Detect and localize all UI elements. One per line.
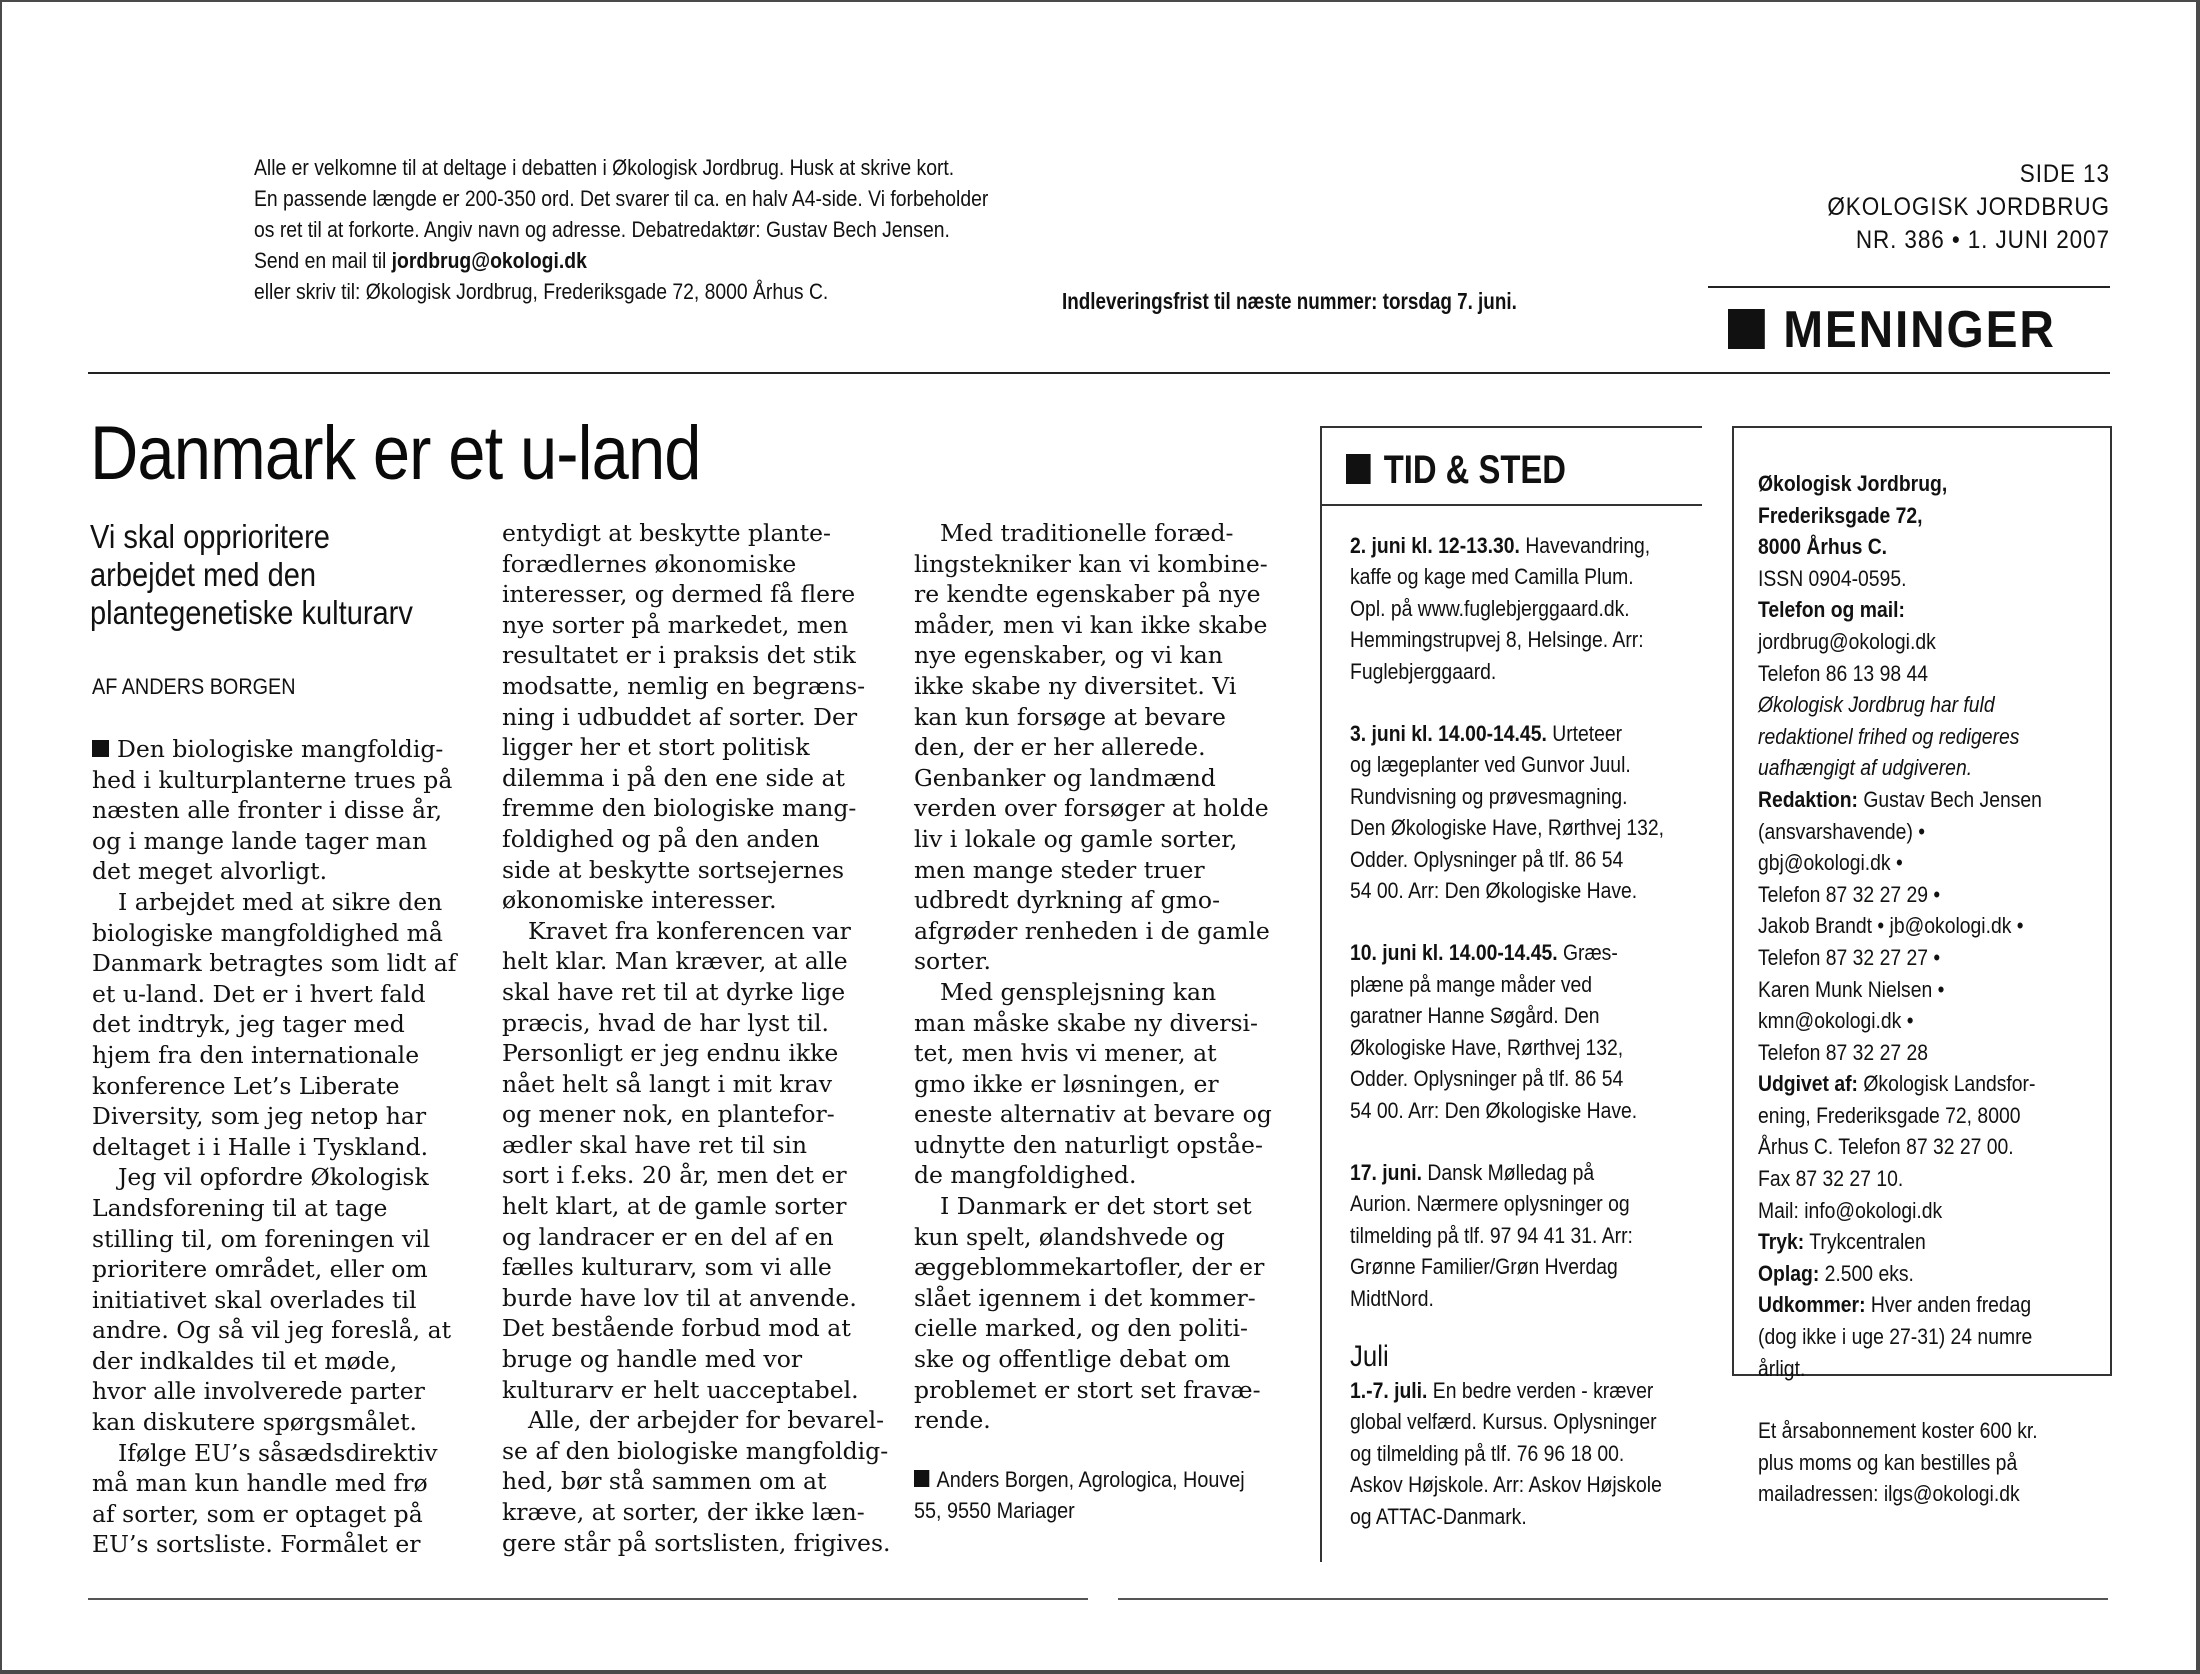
masthead: SIDE 13 ØKOLOGISK JORDBRUG NR. 386 • 1. … (1827, 158, 2110, 257)
event-line: Hemmingstrupvej 8, Helsinge. Arr: (1350, 624, 1664, 655)
editorial-line: Telefon 87 32 27 29 • (1758, 879, 2042, 911)
article-line: måder, men vi kan ikke skabe (914, 610, 1272, 641)
article-line: det indtryk, jeg tager med (92, 1009, 456, 1040)
article-line: interesser, og dermed få flere (502, 579, 890, 610)
publication-name: ØKOLOGISK JORDBRUG (1827, 191, 2110, 224)
article-line: foldighed og på den anden (502, 824, 890, 855)
article-line: EU’s sortsliste. Formålet er (92, 1529, 456, 1560)
subscription-line: plus moms og kan bestilles på (1758, 1447, 2042, 1479)
events-title: TID & STED (1346, 448, 1566, 493)
event-line: MidtNord. (1350, 1283, 1664, 1314)
article-column-1: Den biologiske mangfoldig-hed i kulturpl… (92, 734, 456, 1560)
event-line: 17. juni. Dansk Mølledag på (1350, 1157, 1664, 1188)
article-line: Diversity, som jeg netop har (92, 1101, 456, 1132)
postal-address: eller skriv til: Økologisk Jordbrug, Fre… (254, 276, 988, 307)
event-date: 10. juni kl. 14.00-14.45. (1350, 940, 1558, 965)
subscription-line: mailadressen: ilgs@okologi.dk (1758, 1478, 2042, 1510)
phone: Telefon 86 13 98 44 (1758, 658, 2042, 690)
article-column-2: entydigt at beskytte plante-forædlernes … (502, 518, 890, 1558)
editorial-line: Karen Munk Nielsen • (1758, 974, 2042, 1006)
guideline-line: En passende længde er 200-350 ord. Det s… (254, 183, 988, 214)
article-line: konference Let’s Liberate (92, 1071, 456, 1102)
article-line: ske og offentlige debat om (914, 1344, 1272, 1375)
event-date: 3. juni kl. 14.00-14.45. (1350, 721, 1547, 746)
spacer (1758, 1384, 2042, 1415)
article-line: verden over forsøger at holde (914, 793, 1272, 824)
article-line: det meget alvorligt. (92, 856, 456, 887)
event-line: Opl. på www.fuglebjerggaard.dk. (1350, 593, 1664, 624)
circulation-line: Oplag: 2.500 eks. (1758, 1258, 2042, 1290)
article-line: må man kun handle med frø (92, 1468, 456, 1499)
article-line: sort i f.eks. 20 år, men det er (502, 1160, 890, 1191)
article-line: nået helt så langt i mit krav (502, 1069, 890, 1100)
article-line: Landsforening til at tage (92, 1193, 456, 1224)
independence-note: redaktionel frihed og redigeres (1758, 721, 2042, 753)
article-line: gere står på sortslisten, frigives. (502, 1528, 890, 1559)
article-line: Danmark betragtes som lidt af (92, 948, 456, 979)
article-line: I arbejdet med at sikre den (92, 887, 456, 918)
subhead-line: Vi skal opprioritere (90, 518, 413, 556)
publisher-line: Mail: info@okologi.dk (1758, 1195, 2042, 1227)
author-signature: Anders Borgen, Agrologica, Houvej 55, 95… (914, 1464, 1245, 1526)
article-line: Personligt er jeg endnu ikke (502, 1038, 890, 1069)
article-line: burde have lov til at anvende. (502, 1283, 890, 1314)
article-line: præcis, hvad de har lyst til. (502, 1008, 890, 1039)
article-line: hed i kulturplanterne trues på (92, 765, 456, 796)
article-line: man måske skabe ny diversi- (914, 1008, 1272, 1039)
article-line: økonomiske interesser. (502, 885, 890, 916)
event-line: Odder. Oplysninger på tlf. 86 54 (1350, 844, 1664, 875)
independence-note: Økologisk Jordbrug har fuld (1758, 689, 2042, 721)
article-line: ning i udbuddet af sorter. Der (502, 702, 890, 733)
editorial-line: Jakob Brandt • jb@okologi.dk • (1758, 910, 2042, 942)
article-line: hed, bør stå sammen om at (502, 1466, 890, 1497)
article-line: Jeg vil opfordre Økologisk (92, 1162, 456, 1193)
signature-line: Anders Borgen, Agrologica, Houvej (914, 1464, 1245, 1495)
article-line: æggeblommekartofler, der er (914, 1252, 1272, 1283)
event-line: Grønne Familier/Grøn Hverdag (1350, 1251, 1664, 1282)
event-line: og ATTAC-Danmark. (1350, 1501, 1664, 1532)
article-line: nye egenskaber, og vi kan (914, 640, 1272, 671)
article-line: ligger her et stort politisk (502, 732, 890, 763)
event-line: 2. juni kl. 12-13.30. Havevandring, (1350, 530, 1664, 561)
article-line: et u-land. Det er i hvert fald (92, 979, 456, 1010)
divider (88, 1598, 1088, 1600)
article-line: kulturarv er helt uacceptabel. (502, 1375, 890, 1406)
signature-line: 55, 9550 Mariager (914, 1495, 1245, 1526)
frequency-line: (dog ikke i uge 27-31) 24 numre (1758, 1321, 2042, 1353)
article-line: liv i lokale og gamle sorter, (914, 824, 1272, 855)
article-line: kan diskutere spørgsmålet. (92, 1407, 456, 1438)
event-line: 1.-7. juli. En bedre verden - kræver (1350, 1375, 1664, 1406)
article-column-3: Med traditionelle foræd-lingstekniker ka… (914, 518, 1272, 1436)
article-line: forædlernes økonomiske (502, 549, 890, 580)
article-line: problemet er stort set fravæ- (914, 1375, 1272, 1406)
article-line: de mangfoldighed. (914, 1160, 1272, 1191)
publisher-line: ening, Frederiksgade 72, 8000 (1758, 1100, 2042, 1132)
article-line: ikke skabe ny diversitet. Vi (914, 671, 1272, 702)
article-line: gmo ikke er løsningen, er (914, 1069, 1272, 1100)
article-line: dilemma i på den ene side at (502, 763, 890, 794)
publisher-line: Fax 87 32 27 10. (1758, 1163, 2042, 1195)
event-item: 17. juni. Dansk Mølledag påAurion. Nærme… (1350, 1157, 1664, 1314)
issn: ISSN 0904-0595. (1758, 563, 2042, 595)
article-headline: Danmark er et u-land (90, 410, 701, 497)
article-line: tet, men hvis vi mener, at (914, 1038, 1272, 1069)
event-line: plæne på mange måder ved (1350, 969, 1664, 1000)
article-line: Det bestående forbud mod at (502, 1313, 890, 1344)
article-line: stilling til, om foreningen vil (92, 1224, 456, 1255)
byline: AF ANDERS BORGEN (92, 674, 296, 700)
guideline-line: Alle er velkomne til at deltage i debatt… (254, 152, 988, 183)
article-line: rende. (914, 1405, 1272, 1436)
article-line: re kendte egenskaber på nye (914, 579, 1272, 610)
event-line: Odder. Oplysninger på tlf. 86 54 (1350, 1063, 1664, 1094)
email-link[interactable]: jordbrug@okologi.dk (1758, 626, 2042, 658)
article-line: Kravet fra konferencen var (502, 916, 890, 947)
article-line: Med traditionelle foræd- (914, 518, 1272, 549)
article-line: eneste alternativ at bevare og (914, 1099, 1272, 1130)
event-date: 1.-7. juli. (1350, 1378, 1427, 1403)
article-line: udnytte den naturligt opståe- (914, 1130, 1272, 1161)
article-line: Ifølge EU’s såsædsdirektiv (92, 1438, 456, 1469)
event-line: global velfærd. Kursus. Oplysninger (1350, 1406, 1664, 1437)
article-subhead: Vi skal opprioritere arbejdet med den pl… (90, 518, 413, 632)
article-line: kræve, at sorter, der ikke læn- (502, 1497, 890, 1528)
article-line: næsten alle fronter i disse år, (92, 795, 456, 826)
article-line: udbredt dyrkning af gmo- (914, 885, 1272, 916)
event-item: 3. juni kl. 14.00-14.45. Urteteerog læge… (1350, 718, 1664, 906)
article-line: og mener nok, en plantefor- (502, 1099, 890, 1130)
org-line: 8000 Århus C. (1758, 531, 2042, 563)
event-date: 2. juni kl. 12-13.30. (1350, 533, 1520, 558)
article-line: Genbanker og landmænd (914, 763, 1272, 794)
article-line: fælles kulturarv, som vi alle (502, 1252, 890, 1283)
article-line: Alle, der arbejder for bevarel- (502, 1405, 890, 1436)
section-heading: MENINGER (1728, 300, 2056, 360)
event-line: Aurion. Nærmere oplysninger og (1350, 1188, 1664, 1219)
article-line: der indkaldes til et møde, (92, 1346, 456, 1377)
event-line: Den Økologiske Have, Rørthvej 132, (1350, 812, 1664, 843)
editorial-line: (ansvarshavende) • (1758, 816, 2042, 848)
event-item: 10. juni kl. 14.00-14.45. Græs-plæne på … (1350, 937, 1664, 1125)
publisher-line: Århus C. Telefon 87 32 27 00. (1758, 1131, 2042, 1163)
org-line: Økologisk Jordbrug, (1758, 468, 2042, 500)
divider (1322, 426, 1702, 428)
event-line: 10. juni kl. 14.00-14.45. Græs- (1350, 937, 1664, 968)
article-line: kun spelt, ølandshvede og (914, 1222, 1272, 1253)
subscription-line: Et årsabonnement koster 600 kr. (1758, 1415, 2042, 1447)
section-title: MENINGER (1783, 301, 2056, 359)
article-line: nye sorter på markedet, men (502, 610, 890, 641)
article-line: cielle marked, og den politi- (914, 1313, 1272, 1344)
article-line: afgrøder renheden i de gamle (914, 916, 1272, 947)
frequency-line: årligt. (1758, 1353, 2042, 1385)
publisher-line: Udgivet af: Økologisk Landsfor- (1758, 1068, 2042, 1100)
article-line: initiativet skal overlades til (92, 1285, 456, 1316)
article-line: hvor alle involverede parter (92, 1376, 456, 1407)
editorial-line: Redaktion: Gustav Bech Jensen (1758, 784, 2042, 816)
article-line: kan kun forsøge at bevare (914, 702, 1272, 733)
colophon-box: Økologisk Jordbrug, Frederiksgade 72, 80… (1732, 426, 2112, 1376)
article-line: Den biologiske mangfoldig- (92, 734, 456, 765)
event-line: 3. juni kl. 14.00-14.45. Urteteer (1350, 718, 1664, 749)
event-line: garatner Hanne Søgård. Den (1350, 1000, 1664, 1031)
article-line: helt klart, at de gamle sorter (502, 1191, 890, 1222)
subhead-line: plantegenetiske kulturarv (90, 594, 413, 632)
debate-guidelines: Alle er velkomne til at deltage i debatt… (254, 152, 988, 307)
event-line: 54 00. Arr: Den Økologiske Have. (1350, 1095, 1664, 1126)
editorial-line: Telefon 87 32 27 27 • (1758, 942, 2042, 974)
article-line: lingstekniker kan vi kombine- (914, 549, 1272, 580)
divider (1708, 286, 2110, 288)
event-line: kaffe og kage med Camilla Plum. (1350, 561, 1664, 592)
article-line: biologiske mangfoldighed må (92, 918, 456, 949)
article-line: den, der er her allerede. (914, 732, 1272, 763)
article-line: slået igennem i det kommer- (914, 1283, 1272, 1314)
article-line: helt klar. Man kræver, at alle (502, 946, 890, 977)
article-line: side at beskytte sortsejernes (502, 855, 890, 886)
event-line: Askov Højskole. Arr: Askov Højskole (1350, 1469, 1664, 1500)
article-line: sorter. (914, 946, 1272, 977)
article-line: bruge og handle med vor (502, 1344, 890, 1375)
event-line: Fuglebjerggaard. (1350, 656, 1664, 687)
independence-note: uafhængigt af udgiveren. (1758, 752, 2042, 784)
article-line: resultatet er i praksis det stik (502, 640, 890, 671)
org-line: Frederiksgade 72, (1758, 500, 2042, 532)
event-line: Økologiske Have, Rørthvej 132, (1350, 1032, 1664, 1063)
mail-prefix: Send en mail til (254, 248, 392, 273)
guideline-line: os ret til at forkorte. Angiv navn og ad… (254, 214, 988, 245)
event-item: 2. juni kl. 12-13.30. Havevandring,kaffe… (1350, 530, 1664, 687)
square-bullet-icon (1346, 454, 1371, 484)
newspaper-page: Alle er velkomne til at deltage i debatt… (2, 2, 2196, 1670)
print-line: Tryk: Trykcentralen (1758, 1226, 2042, 1258)
divider (1322, 504, 1702, 506)
square-bullet-icon (1728, 309, 1765, 349)
colophon: Økologisk Jordbrug, Frederiksgade 72, 80… (1758, 468, 2042, 1510)
article-line: entydigt at beskytte plante- (502, 518, 890, 549)
article-line: men mange steder truer (914, 855, 1272, 886)
divider (88, 372, 2110, 374)
event-item: 1.-7. juli. En bedre verden - kræverglob… (1350, 1375, 1664, 1532)
article-line: ædler skal have ret til sin (502, 1130, 890, 1161)
frequency-line: Udkommer: Hver anden fredag (1758, 1289, 2042, 1321)
event-line: 54 00. Arr: Den Økologiske Have. (1350, 875, 1664, 906)
event-line: tilmelding på tlf. 97 94 41 31. Arr: (1350, 1220, 1664, 1251)
event-line: og tilmelding på tlf. 76 96 18 00. (1350, 1438, 1664, 1469)
square-bullet-icon (914, 1470, 929, 1487)
editorial-line: gbj@okologi.dk • (1758, 847, 2042, 879)
issue-date: NR. 386 • 1. JUNI 2007 (1827, 224, 2110, 257)
events-list: 2. juni kl. 12-13.30. Havevandring,kaffe… (1350, 530, 1664, 1532)
article-line: I Danmark er det stort set (914, 1191, 1272, 1222)
divider (1118, 1598, 2108, 1600)
contact-label: Telefon og mail: (1758, 594, 2042, 626)
article-line: fremme den biologiske mang- (502, 793, 890, 824)
editorial-line: kmn@okologi.dk • (1758, 1005, 2042, 1037)
event-date: 17. juni. (1350, 1160, 1422, 1185)
article-line: se af den biologiske mangfoldig- (502, 1436, 890, 1467)
mail-line: Send en mail til jordbrug@okologi.dk (254, 245, 988, 276)
article-line: prioritere området, eller om (92, 1254, 456, 1285)
article-line: deltaget i i Halle i Tyskland. (92, 1132, 456, 1163)
article-line: Med gensplejsning kan (914, 977, 1272, 1008)
editorial-line: Telefon 87 32 27 28 (1758, 1037, 2042, 1069)
month-heading: Juli (1350, 1339, 1664, 1375)
article-line: hjem fra den internationale (92, 1040, 456, 1071)
submission-deadline: Indleveringsfrist til næste nummer: tors… (1062, 288, 1517, 315)
article-line: af sorter, som er optaget på (92, 1499, 456, 1530)
article-line: andre. Og så vil jeg foreslå, at (92, 1315, 456, 1346)
article-line: og landracer er en del af en (502, 1222, 890, 1253)
subhead-line: arbejdet med den (90, 556, 413, 594)
article-line: modsatte, nemlig en begræns- (502, 671, 890, 702)
article-line: og i mange lande tager man (92, 826, 456, 857)
square-bullet-icon (92, 740, 109, 757)
event-line: Rundvisning og prøvesmagning. (1350, 781, 1664, 812)
page-number: SIDE 13 (1827, 158, 2110, 191)
events-box: TID & STED 2. juni kl. 12-13.30. Havevan… (1320, 426, 1702, 1562)
article-line: skal have ret til at dyrke lige (502, 977, 890, 1008)
mail-address-link[interactable]: jordbrug@okologi.dk (392, 248, 587, 273)
event-line: og lægeplanter ved Gunvor Juul. (1350, 749, 1664, 780)
